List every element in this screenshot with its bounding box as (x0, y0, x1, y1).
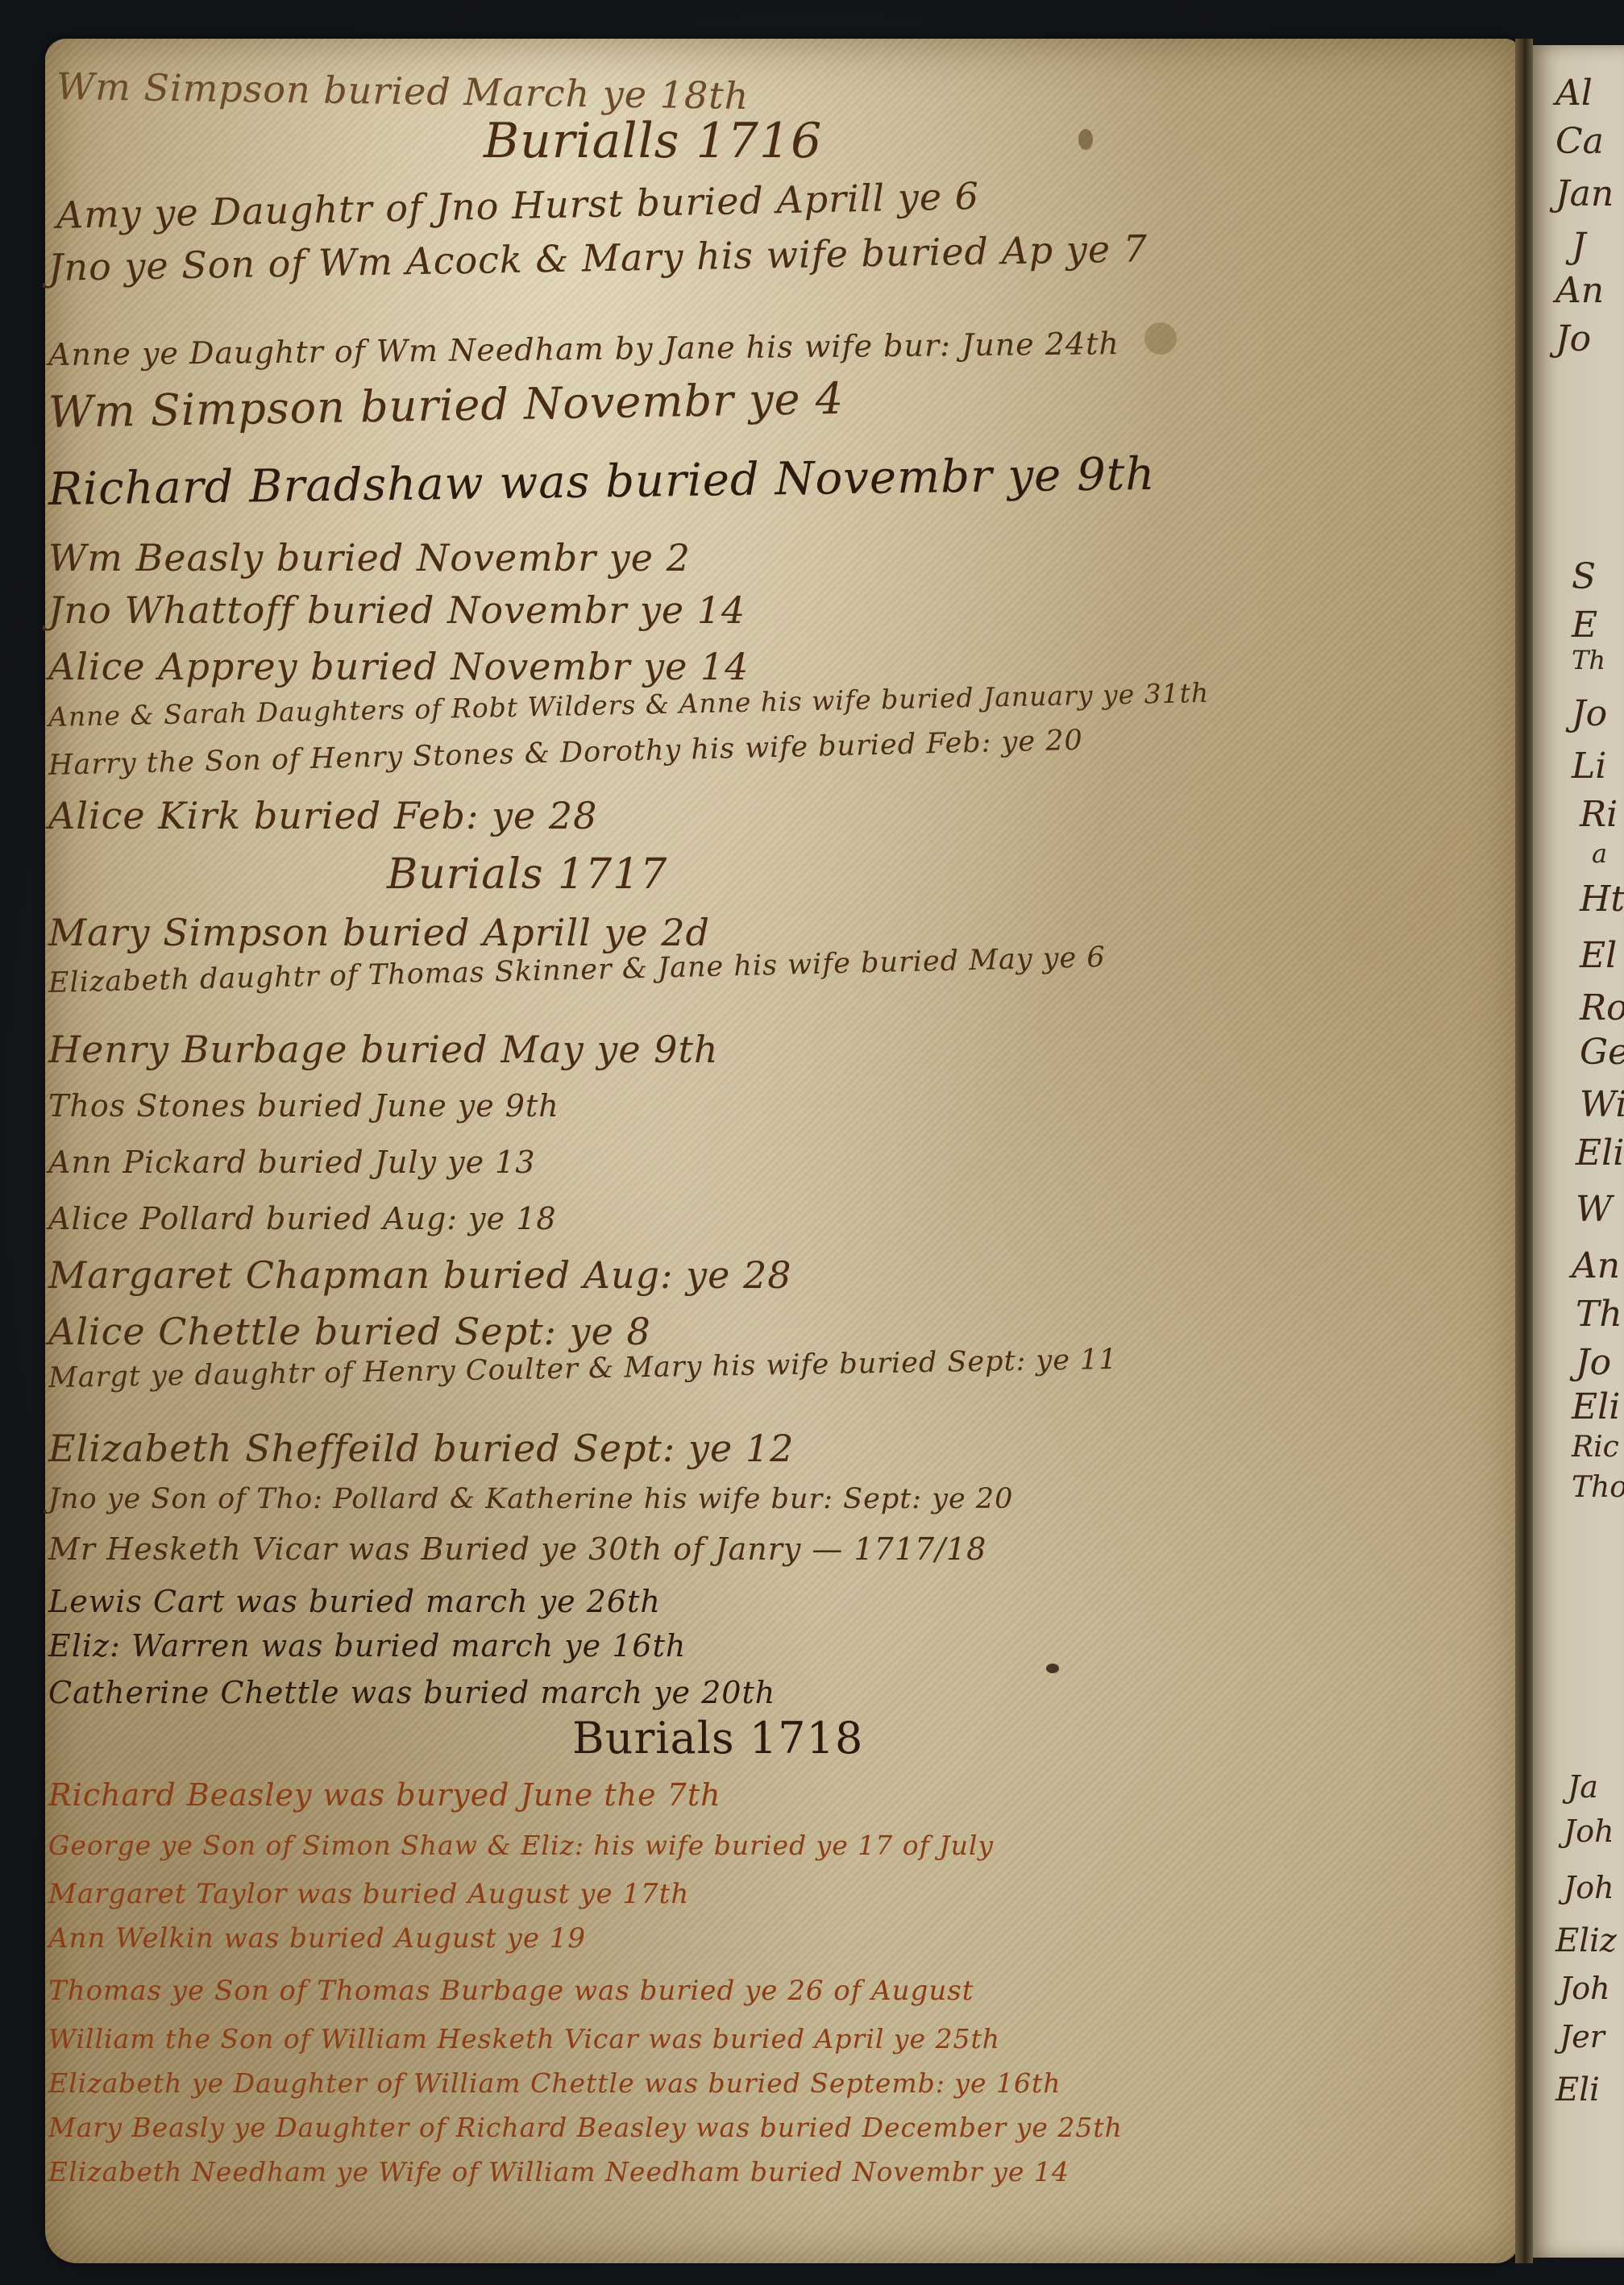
right-page-fragment: S (1572, 556, 1596, 597)
right-page-fragment: Ht (1580, 879, 1624, 920)
burial-entry: Henry Burbage buried May ye 9th (48, 1028, 719, 1071)
right-page-fragment: Ro (1580, 987, 1624, 1028)
burial-entry: Alice Kirk buried Feb: ye 28 (48, 794, 597, 837)
right-page-fragment: Jo (1555, 318, 1591, 359)
right-page-fragment: Li (1572, 746, 1606, 787)
right-page-fragment: Ja (1568, 1769, 1598, 1805)
burial-entry: Ann Welkin was buried August ye 19 (48, 1922, 586, 1955)
right-page-fragment: Th (1576, 1294, 1622, 1335)
section-heading-1716: Burialls 1716 (484, 113, 822, 169)
right-page-fragment: An (1572, 1245, 1620, 1286)
burial-entry: Elizabeth ye Daughter of William Chettle… (48, 2067, 1061, 2099)
right-page-fragment: Wi (1580, 1084, 1624, 1125)
burial-entry: Mary Beasly ye Daughter of Richard Beasl… (48, 2112, 1123, 2143)
right-page-fragment: Jo (1576, 1342, 1611, 1383)
burial-entry: Thos Stones buried June ye 9th (48, 1088, 559, 1124)
burial-entry: Alice Pollard buried Aug: ye 18 (48, 1201, 557, 1236)
right-page-fragment: Eli (1572, 1386, 1620, 1427)
section-heading-1718: Burials 1718 (572, 1713, 863, 1764)
burial-entry: Mary Simpson buried Aprill ye 2d (48, 911, 710, 954)
burial-entry: Alice Apprey buried Novembr ye 14 (48, 645, 749, 688)
burial-entry: Richard Beasley was buryed June the 7th (48, 1777, 721, 1813)
burial-entry: Lewis Cart was buried march ye 26th (48, 1584, 661, 1619)
burial-entry: Alice Chettle buried Sept: ye 8 (48, 1310, 651, 1353)
right-page-fragment: J (1572, 226, 1586, 267)
right-page-fragment: Jer (1560, 2019, 1605, 2054)
burial-entry: Ann Pickard buried July ye 13 (48, 1145, 536, 1180)
water-stain (1144, 322, 1177, 355)
right-page-fragment: El (1580, 935, 1617, 976)
burial-entry: William the Son of William Hesketh Vicar… (48, 2023, 1000, 2054)
ink-blot (1078, 129, 1093, 150)
burial-entry: Margaret Taylor was buried August ye 17t… (48, 1878, 689, 1910)
right-page-fragment: Ge (1580, 1032, 1624, 1073)
right-page-fragment: Th (1572, 645, 1605, 675)
right-page-fragment: Ca (1555, 121, 1604, 162)
burial-entry: Eliz: Warren was buried march ye 16th (48, 1628, 686, 1664)
burial-entry: Catherine Chettle was buried march ye 20… (48, 1675, 775, 1710)
right-page-fragment: a (1592, 838, 1607, 869)
right-page-fragment: Tho (1572, 1471, 1624, 1504)
right-page-fragment: E (1572, 604, 1597, 646)
burial-entry: Elizabeth Needham ye Wife of William Nee… (48, 2156, 1070, 2187)
burial-entry: Margaret Chapman buried Aug: ye 28 (48, 1253, 792, 1297)
right-page-fragment: Ri (1580, 794, 1618, 835)
right-page-fragment: Joh (1564, 1813, 1614, 1849)
right-page-fragment: Eli (1555, 2071, 1600, 2108)
right-page-fragment: Al (1555, 73, 1593, 114)
burial-entry: Wm Beasly buried Novembr ye 2 (48, 536, 691, 580)
burial-entry: Jno Whattoff buried Novembr ye 14 (48, 588, 746, 632)
burial-entry: Elizabeth Sheffeild buried Sept: ye 12 (48, 1427, 794, 1470)
right-page-fragment: Eliz (1555, 1922, 1617, 1959)
right-page-fragment: Joh (1560, 1971, 1610, 2006)
right-page-fragment: An (1555, 270, 1604, 311)
right-page-fragment: Eli (1576, 1132, 1624, 1174)
ink-blot (1046, 1664, 1059, 1673)
burial-entry: Jno ye Son of Tho: Pollard & Katherine h… (48, 1483, 1013, 1515)
right-page-fragment: Jo (1572, 693, 1607, 734)
burial-entry: Mr Hesketh Vicar was Buried ye 30th of J… (48, 1531, 986, 1567)
right-page-fragment: Ric (1572, 1431, 1619, 1464)
right-page-fragment: W (1576, 1189, 1612, 1230)
right-page-fragment: Joh (1564, 1870, 1614, 1905)
burial-entry: George ye Son of Simon Shaw & Eliz: his … (48, 1830, 994, 1861)
section-heading-1717: Burials 1717 (387, 850, 667, 899)
burial-entry: Thomas ye Son of Thomas Burbage was buri… (48, 1975, 974, 2007)
book-gutter (1515, 39, 1533, 2263)
right-page-fragment: Jan (1555, 173, 1614, 214)
